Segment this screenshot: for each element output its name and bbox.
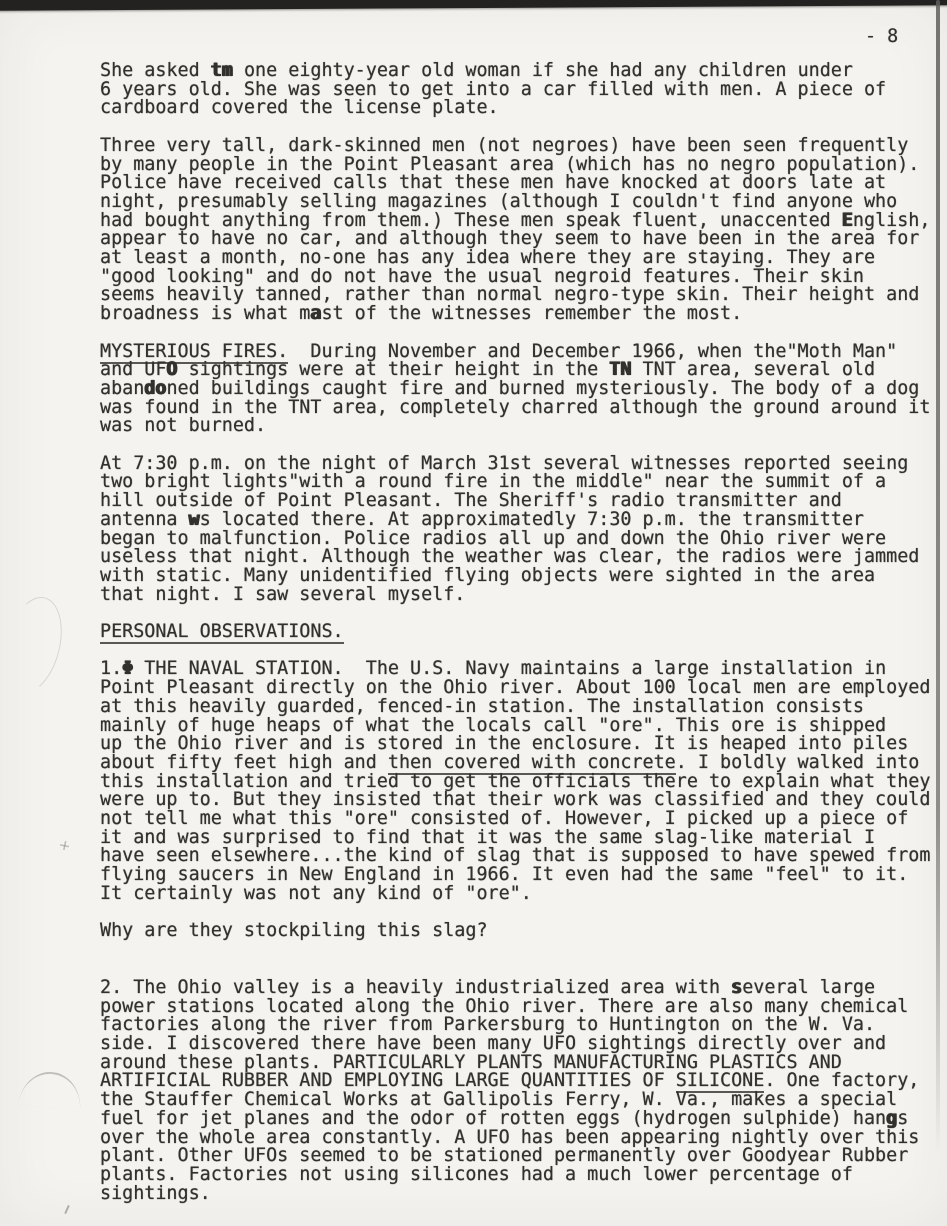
pencil-mark-arc: [18, 1069, 83, 1111]
scanned-document-page: - 8 She asked tm one eighty-year old wom…: [0, 0, 947, 1226]
dark-skinned-men-paragraph: Three very tall, dark-skinned men (not n…: [100, 137, 947, 324]
pencil-mark-circle: [0, 591, 71, 699]
page-number: - 8: [865, 28, 898, 47]
overstruck-text: a: [310, 303, 321, 324]
scan-edge-top: [0, 0, 947, 11]
naval-station-paragraph: 1.Φ THE NAVAL STATION. The U.S. Navy mai…: [100, 660, 947, 903]
text-run: . I boldly walked into this installation…: [100, 752, 930, 904]
intro-paragraph: She asked tm one eighty-year old woman i…: [100, 62, 947, 118]
march-31st-paragraph: At 7:30 p.m. on the night of March 31st …: [100, 455, 947, 605]
text-run: Why are they stockpiling this slag?: [100, 920, 488, 941]
document-body: She asked tm one eighty-year old woman i…: [100, 62, 947, 1203]
text-run: st of the witnesses remember the most.: [321, 303, 742, 324]
personal-observations-heading: PERSONAL OBSERVATIONS.: [100, 623, 947, 642]
mysterious-fires-paragraph: MYSTERIOUS FIRES. During November and De…: [100, 343, 947, 437]
pencil-mark-speck: [64, 1205, 69, 1214]
pencil-mark-plus: [59, 840, 70, 851]
ohio-valley-paragraph: 2. The Ohio valley is a heavily industri…: [100, 979, 947, 1203]
slag-question-line: Why are they stockpiling this slag?: [100, 922, 947, 941]
underlined-text: PERSONAL OBSERVATIONS.: [100, 621, 344, 644]
text-run: Three very tall, dark-skinned men (not n…: [100, 135, 919, 231]
text-run: s located there. At approximatedly 7:30 …: [100, 509, 919, 605]
text-run: ned buildings caught fire and burned mys…: [100, 378, 930, 436]
